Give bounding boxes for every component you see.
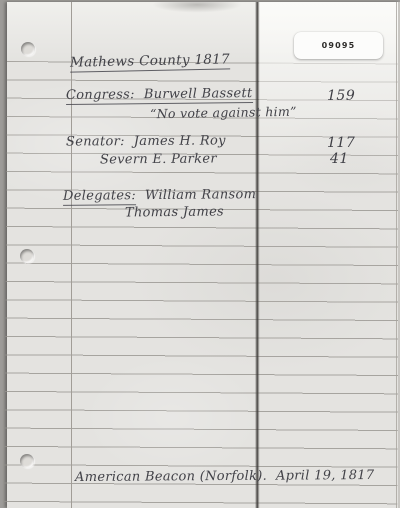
delegates-entry: Delegates:William Ransom (63, 188, 256, 205)
top-edge-smudge (145, 2, 249, 20)
senator-candidate-1-name: James H. Roy (134, 133, 226, 149)
document-scan: 09095 Mathews County 1817 Congress:Burwe… (0, 0, 400, 508)
ruled-lines (4, 61, 400, 508)
delegate-1-name: William Ransom (145, 187, 256, 203)
punch-hole-middle (20, 249, 34, 263)
punch-hole-bottom (20, 454, 34, 468)
senator-candidate-2-name: Severn E. Parker (100, 152, 217, 168)
catalog-number: 09095 (322, 41, 356, 50)
page-title: Mathews County 1817 (70, 52, 230, 71)
delegate-2-name: Thomas James (125, 205, 224, 221)
congress-candidate-name: Burwell Bassett (144, 86, 253, 102)
catalog-sticker: 09095 (294, 32, 383, 59)
right-margin-line (396, 2, 397, 508)
congress-vote-count: 159 (327, 89, 355, 103)
congress-note: “No vote against him” (150, 105, 297, 122)
senator-candidate-2-votes: 41 (330, 152, 349, 166)
senator-entry: Senator:James H. Roy (66, 134, 226, 150)
vertical-crease-line (255, 2, 260, 508)
senator-candidate-1-votes: 117 (327, 136, 355, 150)
delegates-office-label: Delegates: (63, 188, 136, 206)
left-margin-line (71, 2, 72, 508)
notebook-page: 09095 Mathews County 1817 Congress:Burwe… (7, 2, 400, 508)
senator-office-label: Senator: (66, 134, 125, 149)
congress-entry: Congress:Burwell Bassett (66, 87, 253, 104)
congress-office-label: Congress: (66, 87, 135, 103)
page-title-text: Mathews County 1817 (70, 51, 230, 72)
punch-hole-top (21, 42, 35, 56)
source-citation: American Beacon (Norfolk). April 19, 181… (75, 469, 375, 486)
